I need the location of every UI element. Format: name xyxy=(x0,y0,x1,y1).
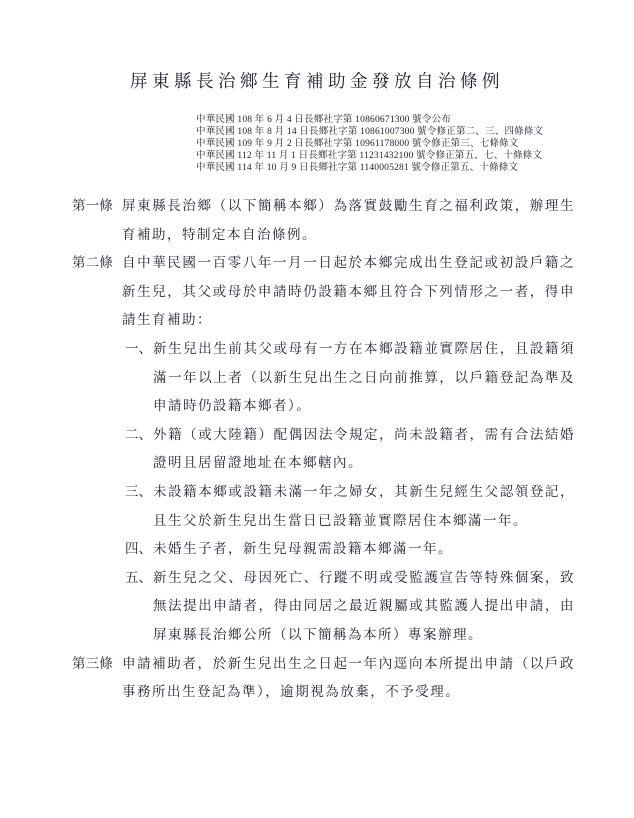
article-body: 自中華民國一百零八年一月一日起於本鄉完成出生登記或初設戶籍之新生兒，其父或母於申… xyxy=(122,249,575,649)
list-item: 一、新生兒出生前其父或母有一方在本鄉設籍並實際居住，且設籍須滿一年以上者（以新生… xyxy=(125,335,575,421)
article-text: 自中華民國一百零八年一月一日起於本鄉完成出生登記或初設戶籍之新生兒，其父或母於申… xyxy=(122,249,575,335)
list-item: 二、外籍（或大陸籍）配偶因法令規定，尚未設籍者，需有合法結婚證明且居留證地址在本… xyxy=(125,421,575,478)
article-number: 第二條 xyxy=(72,249,122,649)
history-line: 中華民國 112 年 11 月 1 日長鄉社字第 11231432100 號令修… xyxy=(196,150,614,162)
list-item: 五、新生兒之父、母因死亡、行蹤不明或受監護宣告等特殊個案，致無法提出申請者，得由… xyxy=(125,564,575,650)
list-item-marker: 四、 xyxy=(125,535,153,564)
list-item-marker: 三、 xyxy=(125,478,153,535)
document-page: 屏東縣長治鄉生育補助金發放自治條例 中華民國 108 年 6 月 4 日長鄉社字… xyxy=(0,0,634,818)
list-item: 三、未設籍本鄉或設籍未滿一年之婦女，其新生兒經生父認領登記，且生父於新生兒出生當… xyxy=(125,478,575,535)
list-item-marker: 五、 xyxy=(125,564,153,650)
history-line: 中華民國 109 年 9 月 2 日長鄉社字第 10961178000 號令修正… xyxy=(196,138,614,150)
article: 第三條申請補助者，於新生兒出生之日起一年內逕向本所提出申請（以戶政事務所出生登記… xyxy=(72,650,575,707)
document-title: 屏東縣長治鄉生育補助金發放自治條例 xyxy=(0,0,634,92)
article-text: 屏東縣長治鄉（以下簡稱本鄉）為落實鼓勵生育之福利政策，辦理生育補助，特制定本自治… xyxy=(122,192,575,249)
article-number: 第三條 xyxy=(72,650,122,707)
article-body: 屏東縣長治鄉（以下簡稱本鄉）為落實鼓勵生育之福利政策，辦理生育補助，特制定本自治… xyxy=(122,192,575,249)
list-item: 四、未婚生子者，新生兒母親需設籍本鄉滿一年。 xyxy=(125,535,575,564)
list-item-marker: 二、 xyxy=(125,421,153,478)
list-item-text: 未設籍本鄉或設籍未滿一年之婦女，其新生兒經生父認領登記，且生父於新生兒出生當日已… xyxy=(153,478,575,535)
history-line: 中華民國 108 年 8 月 14 日長鄉社字第 10861007300 號令修… xyxy=(196,126,614,138)
history-line: 中華民國 114 年 10 月 9 日長鄉社字第 1140005281 號令修正… xyxy=(196,162,614,174)
amendment-history: 中華民國 108 年 6 月 4 日長鄉社字第 10860671300 號令公布… xyxy=(196,114,614,174)
article-number: 第一條 xyxy=(72,192,122,249)
list-item-text: 未婚生子者，新生兒母親需設籍本鄉滿一年。 xyxy=(153,535,575,564)
list-item-text: 外籍（或大陸籍）配偶因法令規定，尚未設籍者，需有合法結婚證明且居留證地址在本鄉轄… xyxy=(153,421,575,478)
article-body: 申請補助者，於新生兒出生之日起一年內逕向本所提出申請（以戶政事務所出生登記為準）… xyxy=(122,650,575,707)
list-item-text: 新生兒出生前其父或母有一方在本鄉設籍並實際居住，且設籍須滿一年以上者（以新生兒出… xyxy=(153,335,575,421)
history-line: 中華民國 108 年 6 月 4 日長鄉社字第 10860671300 號令公布 xyxy=(196,114,614,126)
article-text: 申請補助者，於新生兒出生之日起一年內逕向本所提出申請（以戶政事務所出生登記為準）… xyxy=(122,650,575,707)
list-item-marker: 一、 xyxy=(125,335,153,421)
article: 第二條自中華民國一百零八年一月一日起於本鄉完成出生登記或初設戶籍之新生兒，其父或… xyxy=(72,249,575,649)
articles-section: 第一條屏東縣長治鄉（以下簡稱本鄉）為落實鼓勵生育之福利政策，辦理生育補助，特制定… xyxy=(72,192,575,707)
article: 第一條屏東縣長治鄉（以下簡稱本鄉）為落實鼓勵生育之福利政策，辦理生育補助，特制定… xyxy=(72,192,575,249)
list-item-text: 新生兒之父、母因死亡、行蹤不明或受監護宣告等特殊個案，致無法提出申請者，得由同居… xyxy=(153,564,575,650)
